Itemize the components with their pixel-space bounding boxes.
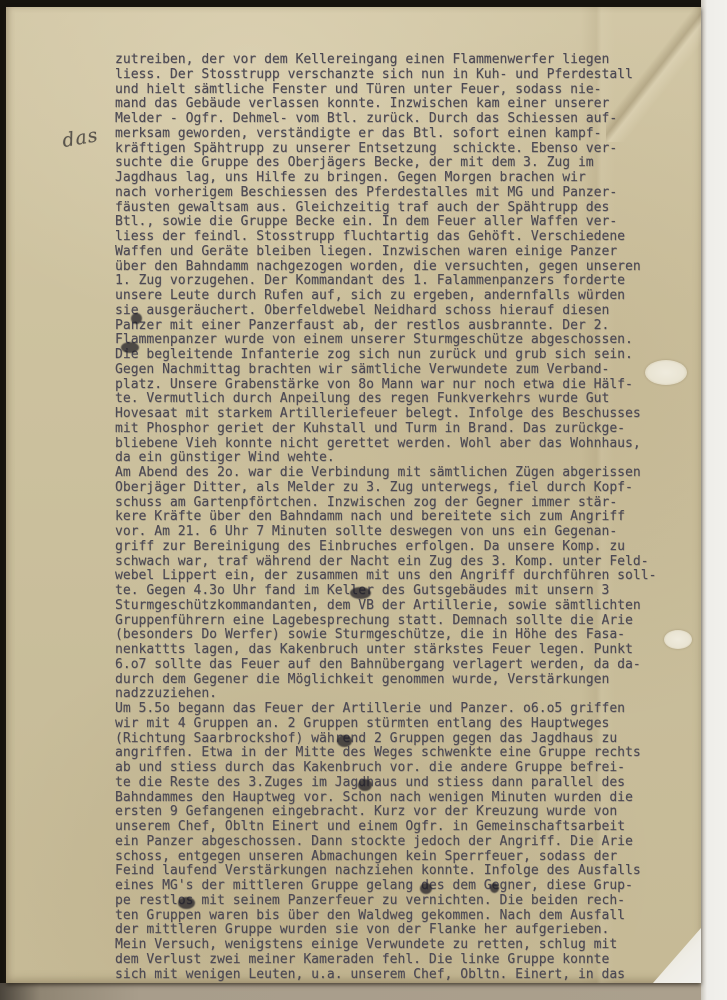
text-line: schwach war, traf während der Nacht ein … xyxy=(115,555,675,570)
text-line: merksam geworden, verständigte er das Bt… xyxy=(115,127,675,142)
ink-blot xyxy=(131,313,142,324)
text-line: vor. Am 21. 6 Uhr 7 Minuten sollte deswe… xyxy=(115,525,675,540)
text-line: webel Lippert ein, der zusammen mit uns … xyxy=(115,569,675,584)
text-line: schuss am Gartenpförtchen. Inzwischen zo… xyxy=(115,496,675,511)
text-line: te. Vermutlich durch Anpeilung des regen… xyxy=(115,392,675,407)
text-line: der mittleren Gruppe wurden sie von der … xyxy=(115,923,675,938)
ink-blot xyxy=(358,779,372,791)
scanned-page: das zutreiben, der vor dem Kellereingang… xyxy=(0,0,727,1000)
text-line: bliebene Vieh konnte nicht gerettet werd… xyxy=(115,437,675,452)
text-line: te. Gegen 4.3o Uhr fand im Keller des Gu… xyxy=(115,584,675,599)
text-line: ein Panzer abgeschossen. Dann stockte je… xyxy=(115,835,675,850)
text-line: Mein Versuch, wenigstens einige Verwunde… xyxy=(115,938,675,953)
text-line: ab und stiess durch das Kakenbruch vor. … xyxy=(115,761,675,776)
text-line: dem Verlust zwei meiner Kameraden fehl. … xyxy=(115,953,675,968)
text-line: sich mit wenigen Leuten, u.a. unserem Ch… xyxy=(115,968,675,983)
text-line: durch dem Gegener die Möglichkeit genomm… xyxy=(115,673,675,688)
text-line: ersten 9 Gefangenen eingebracht. Kurz vo… xyxy=(115,805,675,820)
text-line: nenkattts lagen, das Kakenbruch unter st… xyxy=(115,643,675,658)
ink-blot xyxy=(178,897,195,909)
text-line: angriffen. Etwa in der Mitte des Weges s… xyxy=(115,746,675,761)
text-line: und hielt sämtliche Fenster und Türen un… xyxy=(115,83,675,98)
text-line: über den Bahndamm nachgezogen worden, di… xyxy=(115,260,675,275)
ink-blot xyxy=(337,735,352,747)
text-line: Btl., sowie die Gruppe Becke ein. In dem… xyxy=(115,215,675,230)
text-line: wir mit 4 Gruppen an. 2 Gruppen stürmten… xyxy=(115,717,675,732)
text-line: pe restlos mit seinem Panzerfeuer zu ver… xyxy=(115,894,675,909)
text-line: unserem Chef, Obltn Einert und einem Ogf… xyxy=(115,820,675,835)
text-line: nach vorherigem Beschiessen des Pferdest… xyxy=(115,186,675,201)
text-line: Oberjäger Ditter, als Melder zu 3. Zug u… xyxy=(115,481,675,496)
text-line: sie ausgeräuchert. Oberfeldwebel Neidhar… xyxy=(115,304,675,319)
text-line: Jagdhaus lag, uns Hilfe zu bringen. Gege… xyxy=(115,171,675,186)
text-line: liess. Der Stosstrupp verschanzte sich n… xyxy=(115,68,675,83)
paper-sheet: das zutreiben, der vor dem Kellereingang… xyxy=(6,7,701,983)
text-line: Melder - Ogfr. Dehmel- vom Btl. zurück. … xyxy=(115,112,675,127)
text-line: Am Abend des 2o. war die Verbindung mit … xyxy=(115,466,675,481)
text-line: (besonders Do Werfer) sowie Sturmgeschüt… xyxy=(115,628,675,643)
text-line: Feind laufend Verstärkungen nachziehen k… xyxy=(115,864,675,879)
text-line: griff zur Bereinigung des Einbruches erf… xyxy=(115,540,675,555)
text-line: platz. Unsere Grabenstärke von 8o Mann w… xyxy=(115,378,675,393)
scanner-background-bottom xyxy=(0,983,701,1000)
text-line: Um 5.5o begann das Feuer der Artillerie … xyxy=(115,702,675,717)
text-line: eines MG's der mittleren Gruppe gelang d… xyxy=(115,879,675,894)
text-line: Sturmgeschützkommandanten, dem VB der Ar… xyxy=(115,599,675,614)
scanner-background-right xyxy=(701,0,727,1000)
text-line: Die begleitende Infanterie zog sich nun … xyxy=(115,348,675,363)
text-line: kere Kräfte über den Bahndamm nach und b… xyxy=(115,510,675,525)
text-line: ten Gruppen waren bis über den Waldweg g… xyxy=(115,909,675,924)
text-line: Panzer mit einer Panzerfaust ab, der res… xyxy=(115,319,675,334)
text-line: da ein günstiger Wind wehte. xyxy=(115,451,675,466)
text-line: 1. Zug vorzugehen. Der Kommandant des 1.… xyxy=(115,274,675,289)
text-line: nadzzuziehen. xyxy=(115,687,675,702)
text-line: Gegen Nachmittag brachten wir sämtliche … xyxy=(115,363,675,378)
text-line: (Richtung Saarbrockshof) während 2 Grupp… xyxy=(115,732,675,747)
ink-blot xyxy=(350,587,371,599)
text-line: te die Reste des 3.Zuges im Jagdhaus und… xyxy=(115,776,675,791)
text-line: zutreiben, der vor dem Kellereingang ein… xyxy=(115,53,675,68)
typewritten-text: zutreiben, der vor dem Kellereingang ein… xyxy=(115,53,675,982)
text-line: Waffen und Geräte bleiben liegen. Inzwis… xyxy=(115,245,675,260)
text-line: liess der feindl. Stosstrupp fluchtartig… xyxy=(115,230,675,245)
text-line: suchte die Gruppe des Oberjägers Becke, … xyxy=(115,156,675,171)
paper-damage-hole-2 xyxy=(664,630,692,649)
text-line: 6.o7 sollte das Feuer auf den Bahnüberga… xyxy=(115,658,675,673)
text-line: mand das Gebäude verlassen konnte. Inzwi… xyxy=(115,97,675,112)
text-line: unsere Leute durch Rufen auf, sich zu er… xyxy=(115,289,675,304)
text-line: mit Phosphor geriet der Kuhstall und Tur… xyxy=(115,422,675,437)
ink-blot xyxy=(121,342,139,353)
text-line: Gruppenführern eine Lagebesprechung stat… xyxy=(115,614,675,629)
ink-blot xyxy=(490,883,499,893)
paper-damage-hole-1 xyxy=(645,360,687,385)
text-line: schoss, entgegen unseren Abmachungen kei… xyxy=(115,850,675,865)
text-line: Flammenpanzer wurde von einem unserer St… xyxy=(115,333,675,348)
text-line: Bahndammes den Hauptweg vor. Schon nach … xyxy=(115,791,675,806)
text-line: kräftigen Spähtrupp zu unserer Entsetzun… xyxy=(115,142,675,157)
ink-blot xyxy=(420,883,432,894)
text-line: Hovesaat mit starkem Artilleriefeuer bel… xyxy=(115,407,675,422)
text-line: fäusten gewaltsam aus. Gleichzeitig traf… xyxy=(115,201,675,216)
